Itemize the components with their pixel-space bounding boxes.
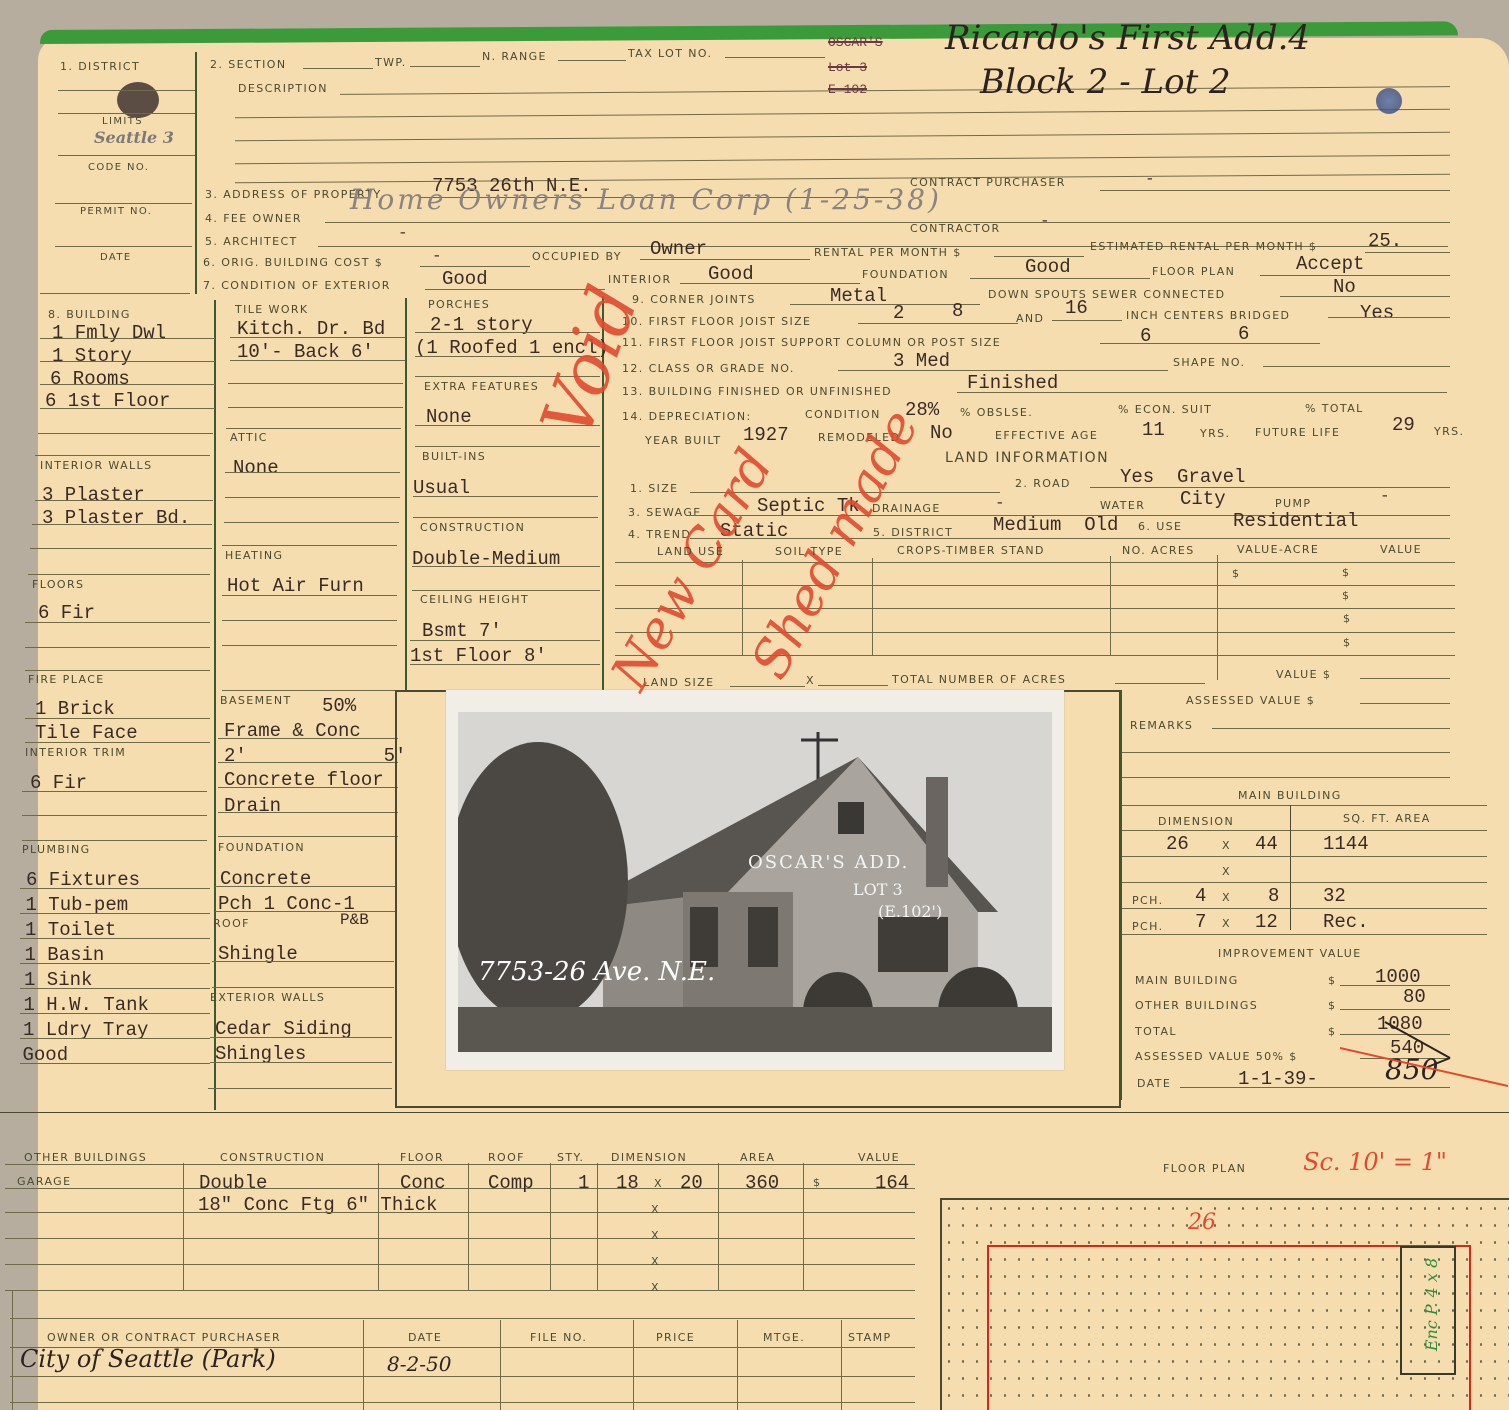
size-label: 1. Size [630,482,679,495]
dim-b: 44 [1255,833,1278,855]
assessed-value-50-label: Assessed Value 50% $ [1135,1050,1298,1063]
and-label: And [1016,312,1044,325]
obsolescence-label: % Obslse. [960,406,1033,419]
pump-label: Pump [1275,497,1311,510]
condition-label: 7. Condition of Exterior [203,279,391,292]
building-label: 8. Building [48,308,131,321]
est-rental-label: Estimated Rental Per Month $ [1090,240,1317,253]
ownership-header-cell: Mtge. [763,1331,805,1344]
interior-label: Interior [608,273,672,286]
land-information-title: Land Information [945,450,1109,466]
joist-size-b: 8 [952,300,963,322]
ownership-header-cell: Owner or Contract Purchaser [47,1331,281,1344]
assessed-value-label: Assessed Value $ [1186,694,1315,707]
year-built-label: Year Built [645,434,722,447]
building-line-3: 6 Rooms [50,368,130,390]
date-label: Date [100,252,132,263]
sq-ft-area: 32 [1323,885,1346,907]
other-building-area: 360 [745,1172,779,1194]
dim-x: x [654,1177,663,1190]
use-value: Residential [1233,510,1358,532]
use-label: 6. Use [1138,520,1182,533]
dim-a: 26 [1166,833,1189,855]
other-buildings-header-cell: Roof [488,1151,525,1164]
depreciation-label: 14. Depreciation: [622,410,752,423]
other-building-name: Garage [17,1175,71,1188]
dim-b: 12 [1255,911,1278,933]
struck-entry-3: E 102 [828,82,867,97]
other-buildings-header-cell: Dimension [611,1151,687,1164]
condition-ext-value: Good [442,268,488,290]
ownership-header-cell: Stamp [848,1331,892,1344]
other-buildings-header-cell: Construction [220,1151,325,1164]
extra-features-label: Extra Features [424,380,539,393]
rule-line [1122,934,1487,935]
sq-ft-area: 1144 [1323,833,1369,855]
strike-through-marks [1330,1020,1509,1090]
dim-x: x [1222,865,1231,878]
future-life-label: Future Life [1255,426,1340,439]
dollar-sign-icon: $ [1342,566,1350,579]
other-buildings-header-cell: Floor [400,1151,444,1164]
interior-value: Good [708,263,754,285]
limits-label: Limits [102,116,143,127]
contractor-value: - [1040,212,1050,230]
dim-x: x [1222,839,1231,852]
class-grade-label: 12. Class or Grade No. [622,362,795,375]
porch-note: Enc P. 4 x 8 [1422,1258,1441,1351]
floor-plan-outline [987,1245,1471,1410]
rule-line [1122,908,1487,909]
rule-line [20,938,210,939]
house-illustration [458,712,1052,1052]
architect-value: - [398,224,408,242]
foundation-label: Foundation [862,268,949,281]
photo-caption-address: 7753-26 Ave. N.E. [478,957,715,987]
heating-label: Heating [225,549,283,562]
future-life-value: 29 [1392,414,1415,436]
other-building-dim-a: 18 [616,1172,639,1194]
rule-line [1122,856,1487,857]
sq-ft-area-header: Sq. Ft. Area [1343,812,1431,825]
water-value: City [1180,488,1226,510]
land-table-header-cell: No. Acres [1122,544,1195,557]
rule-line [1122,882,1487,883]
est-rental-value: 25. [1368,230,1402,252]
fireplace-line-1: 1 Brick [35,698,115,720]
contract-purchaser-value: - [1145,170,1155,188]
struck-entry-1: OSCAR'S [828,35,883,50]
econ-suit-label: % Econ. Suit [1118,403,1212,416]
centers-value: 16 [1065,297,1088,319]
occupied-value: Owner [650,238,707,260]
dollar-sign-icon: $ [1343,636,1351,649]
floors-line-1: 6 Fir [38,602,95,624]
foundation-note: P&B [340,911,369,929]
exterior-walls-label: Exterior Walls [210,991,325,1004]
attic-label: Attic [230,431,268,444]
other-building-construction: Double [199,1172,267,1194]
floor-plan-value: Accept [1296,253,1364,275]
other-buildings-header-cell: Area [740,1151,775,1164]
house-photograph: 7753-26 Ave. N.E. OSCAR'S ADD. LOT 3 (E.… [446,690,1064,1070]
downspouts-value: No [1333,276,1356,298]
land-table-header-cell: Crops-Timber Stand [897,544,1045,557]
downspouts-label: Down Spouts Sewer Connected [988,288,1226,301]
interior-walls-label: Interior Walls [40,459,152,472]
basement-line-2: 2' 5' [224,745,406,767]
dim-x: x [1222,917,1231,930]
permit-no-label: Permit No. [80,206,152,217]
land-table-header-cell: Value-Acre [1237,543,1319,556]
dollar-sign-icon: $ [813,1176,821,1189]
contractor-label: Contractor [910,222,1001,235]
interior-walls-line-2: 3 Plaster Bd. [42,507,190,529]
fee-owner-label: 4. Fee Owner [205,212,302,225]
district-land-value: Medium Old [993,514,1118,536]
drainage-value: - [995,494,1005,512]
bridged-value: Yes [1360,302,1394,324]
rule-line [20,888,210,889]
sq-ft-area: Rec. [1323,911,1369,933]
rule-line [20,1038,210,1039]
total-value-label: Total [1135,1025,1177,1038]
dollar-sign-icon: $ [1342,589,1350,602]
built-ins-label: Built-Ins [422,450,486,463]
effective-age-value: 11 [1142,419,1165,441]
construction-label: Construction [420,521,525,534]
fireplace-label: Fire Place [28,673,105,686]
improvement-value-title: Improvement Value [1218,947,1362,960]
owner-name: City of Seattle (Park) [20,1345,276,1373]
owner-date: 8-2-50 [387,1352,451,1376]
rule-line [20,963,210,964]
water-label: Water [1100,499,1145,512]
dim-a: 7 [1195,911,1206,933]
dollar-sign-icon: $ [1328,974,1336,987]
other-building-roof: Comp [488,1172,534,1194]
district-label: 1. District [60,60,140,73]
dimension-header: Dimension [1158,815,1234,828]
interior-trim-label: Interior Trim [25,746,126,759]
land-size-x: x [806,674,815,687]
support-b: 6 [1238,323,1249,345]
ceiling-height-label: Ceiling Height [420,593,529,606]
heating-line-1: Hot Air Furn [227,575,364,597]
total-acres-label: Total Number of Acres [892,673,1066,686]
code-no-label: Code No. [88,162,149,173]
roof-label: Roof [213,917,250,930]
occupied-label: Occupied By [532,250,622,263]
ownership-header-cell: File No. [530,1331,587,1344]
foundation-section-label: Foundation [218,841,305,854]
description-label: Description [238,82,328,95]
twp-label: Twp. [375,56,407,69]
plumbing-label: Plumbing [22,843,91,856]
other-buildings-header-cell: Other Buildings [24,1151,147,1164]
building-line-1: 1 Fmly Dwl [52,322,166,344]
ceiling-line-1: Bsmt 7' [422,620,502,642]
finished-label: 13. Building Finished or Unfinished [622,385,892,398]
foundation-value: Good [1025,256,1071,278]
total-pct-label: % Total [1305,402,1364,415]
limits-stamp: Seattle 3 [94,128,174,147]
bridged-label: Inch Centers Bridged [1126,309,1290,322]
basement-line-4: Drain [224,795,281,817]
orig-cost-label: 6. Orig. Building Cost $ [203,256,383,269]
dollar-sign-icon: $ [1232,567,1240,580]
main-building-value-label: Main Building [1135,974,1239,987]
blue-ink-stamp-icon [1376,88,1402,114]
rule-line [20,1013,210,1014]
other-building-value: 164 [875,1172,909,1194]
joist-size-a: 2 [893,302,904,324]
other-building-floor: Conc [400,1172,446,1194]
dollar-sign-icon: $ [1343,612,1351,625]
land-table-header-cell: Soil Type [775,545,843,558]
struck-entry-2: Lot 3 [828,60,867,75]
main-building-title: Main Building [1238,789,1342,802]
description-handwritten-2: Block 2 - Lot 2 [980,62,1231,102]
photo-caption-gable: OSCAR'S ADD. [748,852,909,873]
other-buildings-value: 80 [1403,986,1426,1008]
other-buildings-value-label: Other Buildings [1135,999,1258,1012]
dim-a: 4 [1195,885,1206,907]
dim-b: 8 [1268,885,1279,907]
tax-lot-label: Tax Lot No. [628,47,712,60]
porches-label: Porches [428,298,490,311]
class-grade-value: 3 Med [893,350,950,372]
joist-size-label: 10. First Floor Joist Size [622,315,811,328]
architect-label: 5. Architect [205,235,298,248]
shape-no-label: Shape No. [1173,356,1245,369]
fireplace-line-2: Tile Face [35,722,138,744]
tile-work-label: Tile Work [235,303,309,316]
orig-cost-value: - [432,247,442,265]
photo-caption-e: (E.102') [878,902,942,921]
road-value: Yes Gravel [1120,466,1245,488]
ownership-header-cell: Price [656,1331,695,1344]
dim-x: x [651,1255,660,1268]
floor-plan-section-label: Floor Plan [1163,1162,1246,1175]
porch-prefix: Pch. [1132,920,1164,933]
yrs-label-1: Yrs. [1200,427,1230,440]
dim-x: x [651,1281,660,1294]
rule-line [20,913,210,914]
floor-plan-scale-note: Sc. 10' = 1" [1303,1148,1447,1176]
floors-label: Floors [32,578,84,591]
floor-plan-label: Floor Plan [1152,265,1235,278]
building-line-2: 1 Story [52,345,132,367]
other-building-stories: 1 [578,1172,589,1194]
value-label: Value $ [1276,668,1331,681]
land-table-header-cell: Value [1380,543,1422,556]
remodeled-value: No [930,422,953,444]
land-table-header-cell: Land Use [657,545,724,558]
year-built-value: 1927 [743,424,789,446]
attic-line-1: None [233,457,279,479]
description-handwritten-1: Ricardo's First Add.4 [945,18,1310,58]
porch-prefix: Pch. [1132,894,1164,907]
basement-label: Basement [220,694,292,707]
interior-walls-line-1: 3 Plaster [42,484,145,506]
remarks-label: Remarks [1130,719,1193,732]
other-buildings-header-cell: Sty. [557,1151,584,1164]
support-label: 11. First Floor Joist Support Column or … [622,336,1001,349]
yrs-label-2: Yrs. [1434,425,1464,438]
ownership-header-cell: Date [408,1331,442,1344]
rule-line [20,988,210,989]
road-label: 2. Road [1015,477,1071,490]
rule-line [20,1063,210,1064]
improvement-date-label: Date [1137,1077,1171,1090]
section-label: 2. Section [210,58,286,71]
finished-value: Finished [967,372,1058,394]
basement-pct: 50% [322,695,356,717]
fee-owner-value: Home Owners Loan Corp (1-25-38) [350,183,942,216]
dollar-sign-icon: $ [1328,999,1336,1012]
other-building-dim-b: 20 [680,1172,703,1194]
effective-age-label: Effective Age [995,429,1098,442]
floor-plan-dimension: 26 [1188,1210,1216,1235]
other-buildings-header-cell: Value [858,1151,900,1164]
dim-x: x [1222,891,1231,904]
dim-x: x [651,1229,660,1242]
rental-label: Rental Per Month $ [814,246,962,259]
pump-value: - [1380,487,1390,505]
dim-x: x [651,1203,660,1216]
range-label: N. Range [482,50,547,63]
photo-caption-lot: LOT 3 [853,880,903,899]
